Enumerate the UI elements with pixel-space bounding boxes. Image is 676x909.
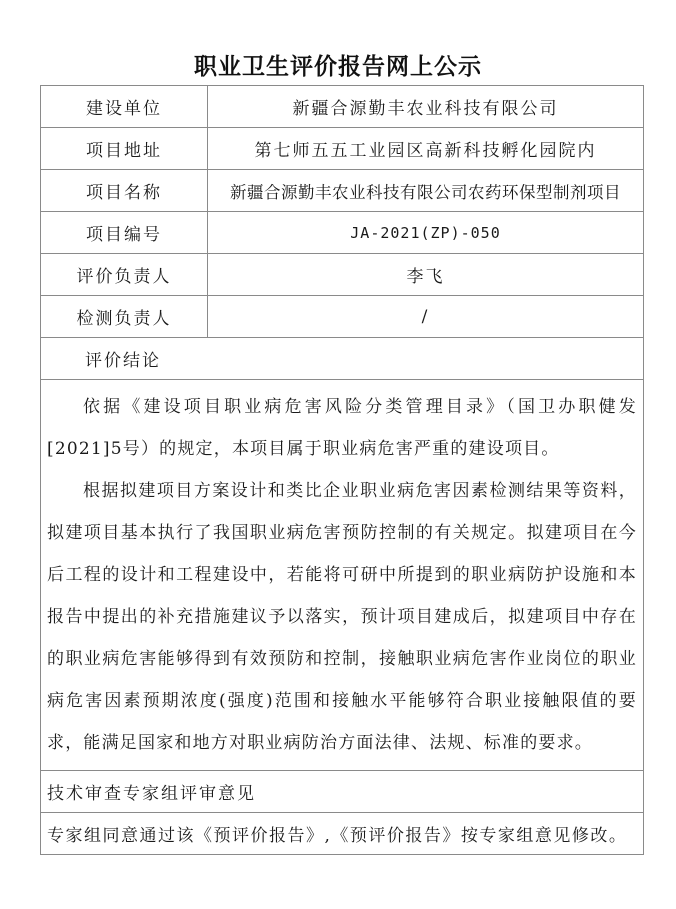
expert-review-heading-row: 技术审查专家组评审意见	[41, 771, 644, 813]
disclosure-table: 建设单位 新疆合源勤丰农业科技有限公司 项目地址 第七师五五工业园区高新科技孵化…	[40, 85, 644, 855]
table-row-project-name: 项目名称 新疆合源勤丰农业科技有限公司农药环保型制剂项目	[41, 170, 644, 212]
document-title: 职业卫生评价报告网上公示	[0, 50, 676, 84]
expert-review-heading: 技术审查专家组评审意见	[41, 771, 644, 813]
table-row-project-address: 项目地址 第七师五五工业园区高新科技孵化园院内	[41, 128, 644, 170]
conclusion-heading: 评价结论	[41, 338, 644, 380]
conclusion-body-row: 依据《建设项目职业病危害风险分类管理目录》（国卫办职健发[2021]5号）的规定…	[41, 380, 644, 771]
value-project-number: JA-2021(ZP)-050	[208, 212, 644, 254]
value-testing-lead: /	[208, 296, 644, 338]
label-testing-lead: 检测负责人	[41, 296, 208, 338]
conclusion-paragraph-1: 依据《建设项目职业病危害风险分类管理目录》（国卫办职健发[2021]5号）的规定…	[47, 386, 637, 470]
label-evaluation-lead: 评价负责人	[41, 254, 208, 296]
label-project-name: 项目名称	[41, 170, 208, 212]
conclusion-heading-row: 评价结论	[41, 338, 644, 380]
table-row-testing-lead: 检测负责人 /	[41, 296, 644, 338]
label-project-address: 项目地址	[41, 128, 208, 170]
value-evaluation-lead: 李飞	[208, 254, 644, 296]
label-project-number: 项目编号	[41, 212, 208, 254]
label-construction-unit: 建设单位	[41, 86, 208, 128]
table-row-project-number: 项目编号 JA-2021(ZP)-050	[41, 212, 644, 254]
value-construction-unit: 新疆合源勤丰农业科技有限公司	[208, 86, 644, 128]
value-project-address: 第七师五五工业园区高新科技孵化园院内	[208, 128, 644, 170]
table-row-construction-unit: 建设单位 新疆合源勤丰农业科技有限公司	[41, 86, 644, 128]
expert-review-text: 专家组同意通过该《预评价报告》,《预评价报告》按专家组意见修改。	[41, 813, 644, 855]
conclusion-body: 依据《建设项目职业病危害风险分类管理目录》（国卫办职健发[2021]5号）的规定…	[41, 380, 644, 771]
value-project-name: 新疆合源勤丰农业科技有限公司农药环保型制剂项目	[208, 170, 644, 212]
conclusion-paragraph-2: 根据拟建项目方案设计和类比企业职业病危害因素检测结果等资料，拟建项目基本执行了我…	[47, 470, 637, 764]
expert-review-body-row: 专家组同意通过该《预评价报告》,《预评价报告》按专家组意见修改。	[41, 813, 644, 855]
table-row-evaluation-lead: 评价负责人 李飞	[41, 254, 644, 296]
